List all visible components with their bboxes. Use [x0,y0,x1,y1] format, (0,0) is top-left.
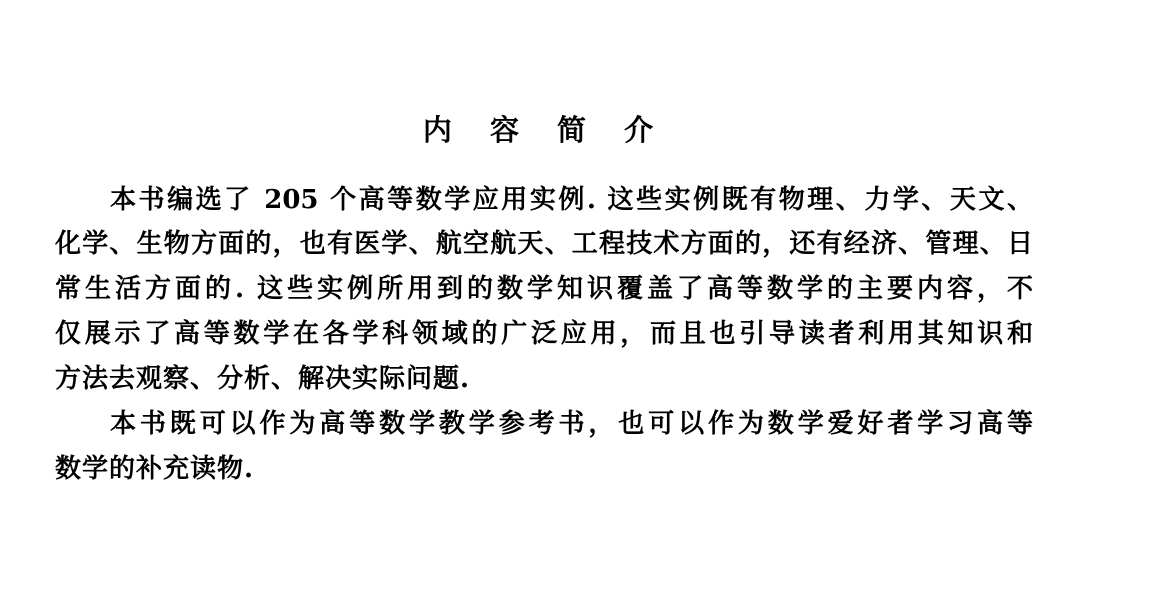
paragraph-line: 数学的补充读物. [55,447,1033,492]
paragraph-line: 常生活方面的. 这些实例所用到的数学知识覆盖了高等数学的主要内容，不 [55,267,1033,312]
paragraph-line: 仅展示了高等数学在各学科领域的广泛应用，而且也引导读者利用其知识和 [55,312,1033,357]
paragraph-line: 化学、生物方面的，也有医学、航空航天、工程技术方面的，还有经济、管理、日 [55,222,1033,267]
paragraph-line: 本书编选了 205 个高等数学应用实例. 这些实例既有物理、力学、天文、 [110,178,1033,223]
paragraph-line: 方法去观察、分析、解决实际问题. [55,357,1033,402]
book-page: 内 容 简 介 本书编选了 205 个高等数学应用实例. 这些实例既有物理、力学… [0,0,1158,611]
paragraph-line: 本书既可以作为高等数学教学参考书，也可以作为数学爱好者学习高等 [110,402,1033,447]
page-title: 内 容 简 介 [0,110,1090,150]
